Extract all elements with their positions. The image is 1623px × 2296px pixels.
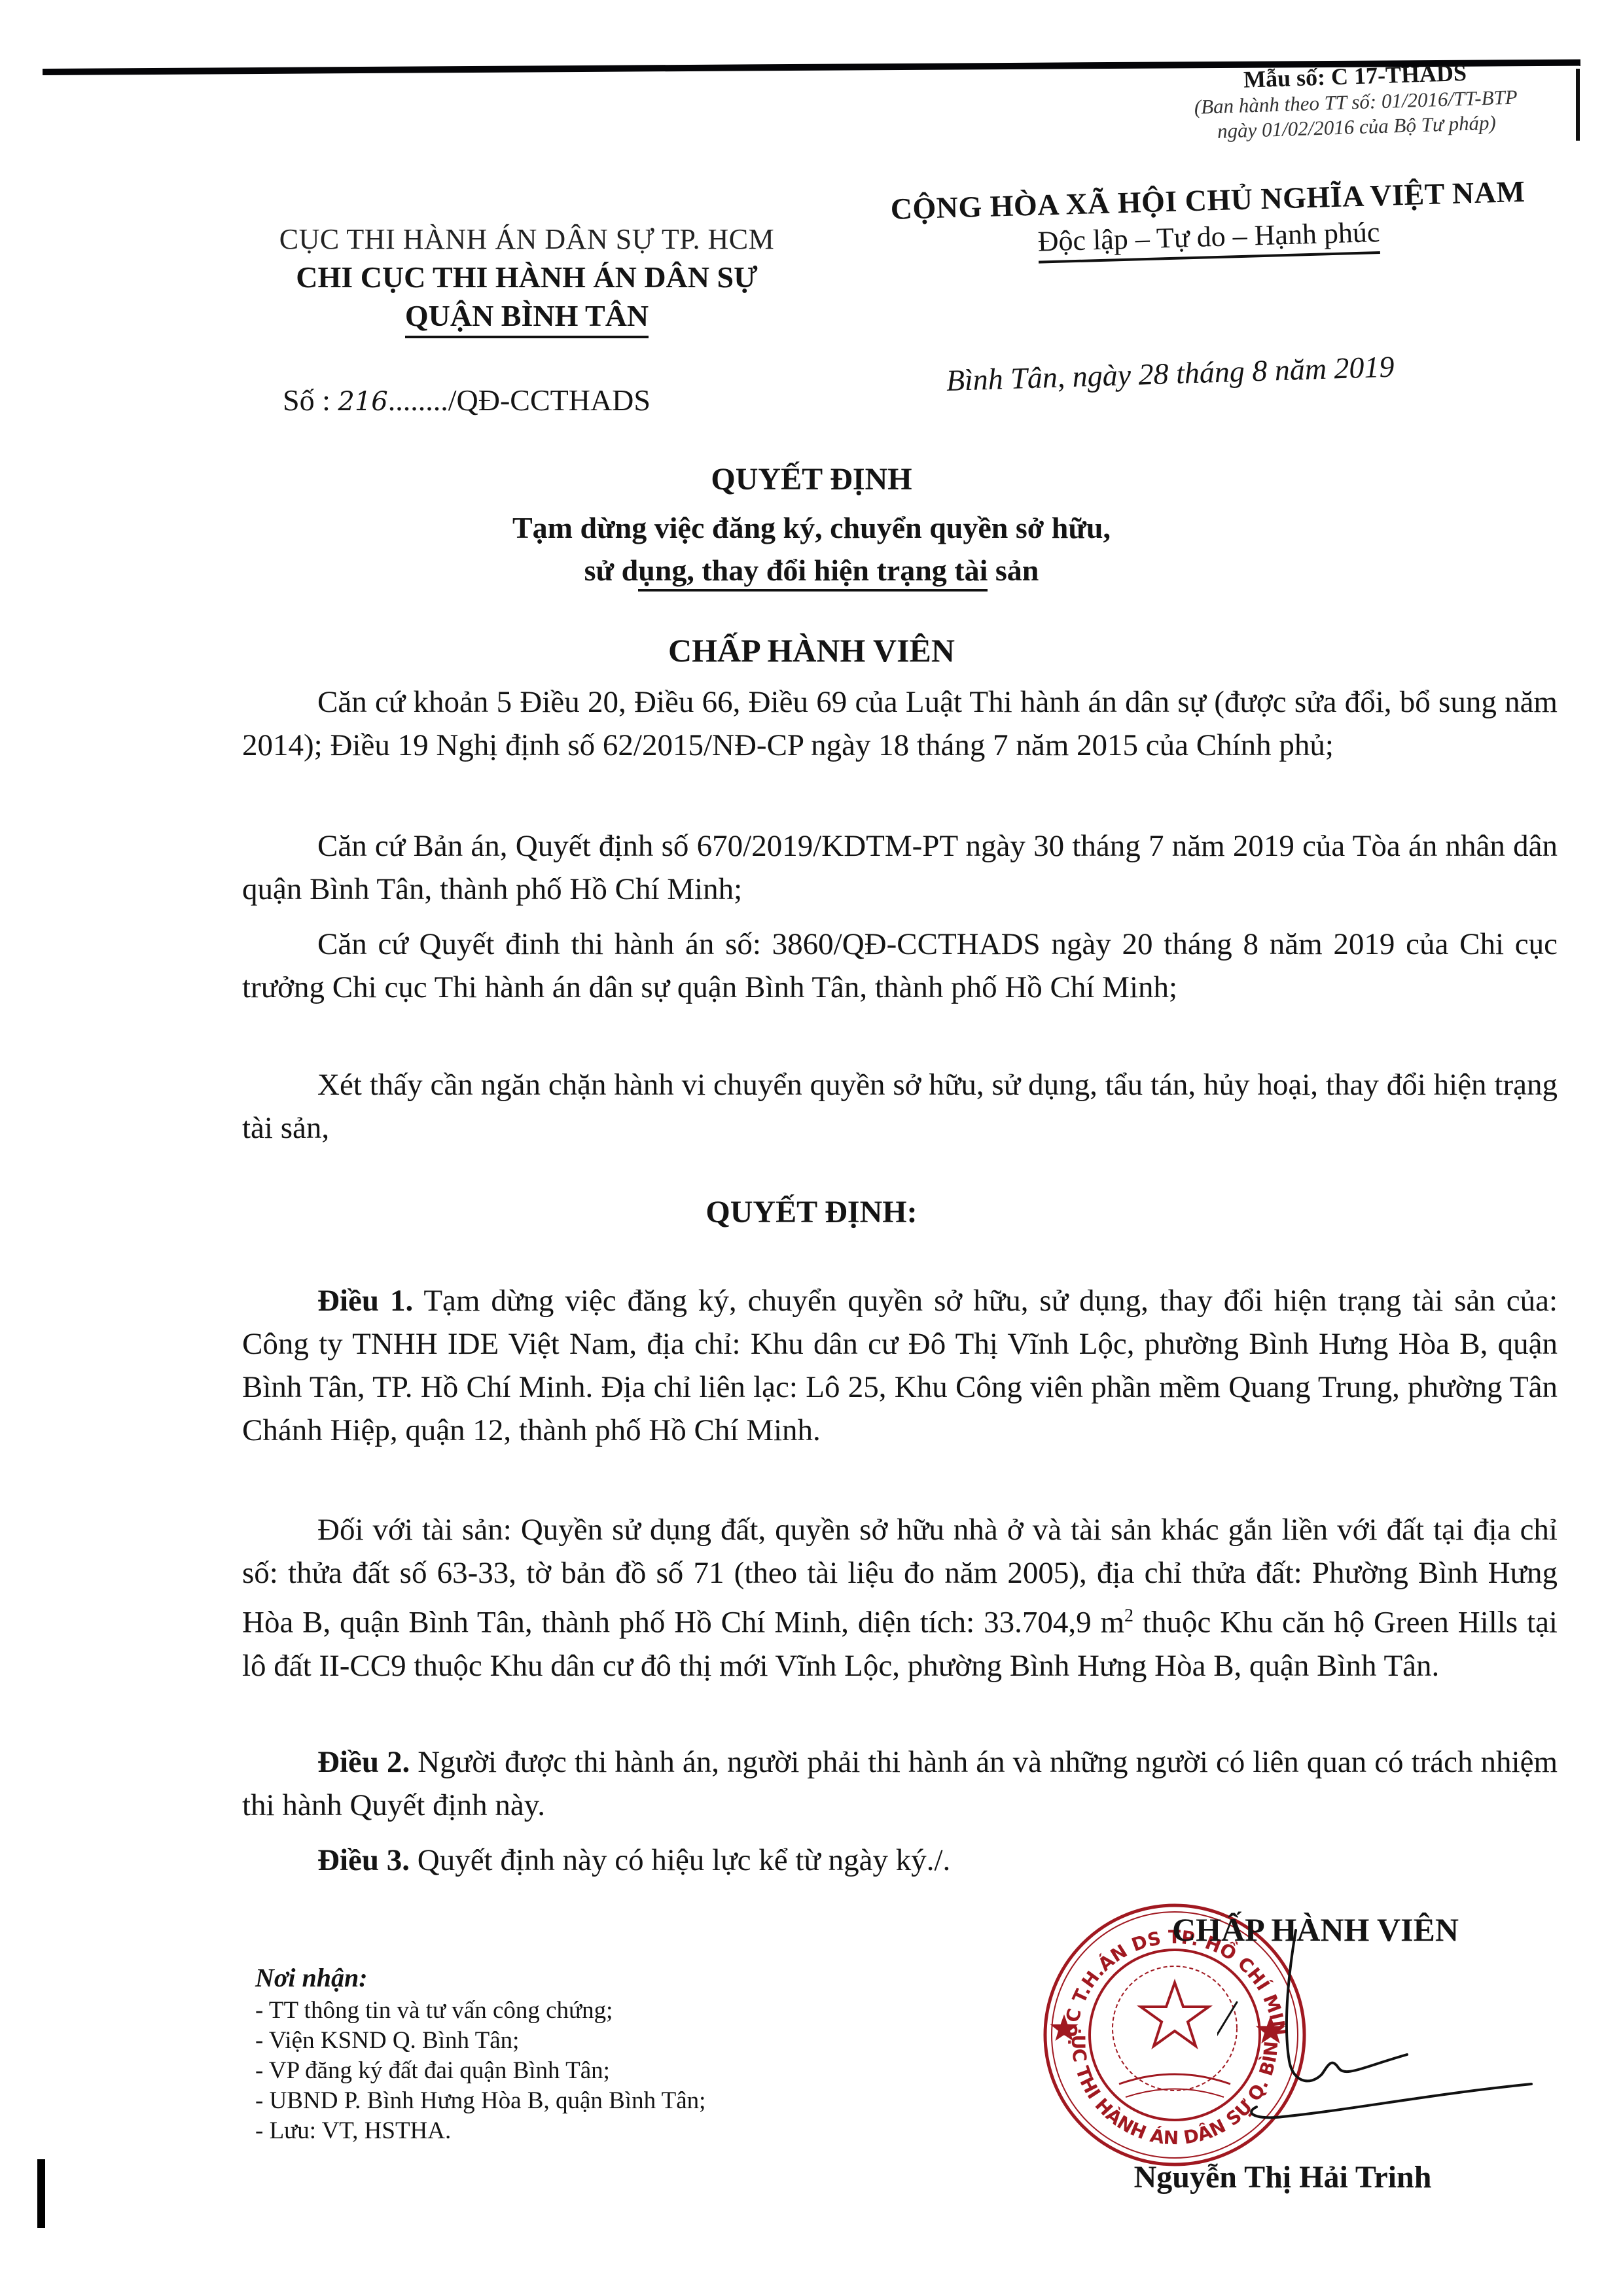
- decision-heading: QUYẾT ĐỊNH:: [0, 1194, 1623, 1230]
- subtitle-underlined: ụng, thay đổi hiện trạng tài: [638, 554, 988, 592]
- recipient-item: - Viện KSND Q. Bình Tân;: [255, 2026, 705, 2056]
- subtitle-part: sản: [988, 554, 1039, 587]
- article-2-text: Người được thi hành án, người phải thi h…: [242, 1745, 1558, 1822]
- article-3-label: Điều 3.: [317, 1843, 410, 1877]
- article-2-label: Điều 2.: [317, 1745, 410, 1779]
- article-3-text: Quyết định này có hiệu lực kể từ ngày ký…: [410, 1843, 950, 1877]
- national-motto: Độc lập – Tự do – Hạnh phúc: [1037, 215, 1380, 264]
- signer-name: Nguyễn Thị Hải Trinh: [1021, 2159, 1544, 2195]
- document-page: Mẫu số: C 17-THADS (Ban hành theo TT số:…: [0, 0, 1623, 2296]
- recipient-item: - Lưu: VT, HSTHA.: [255, 2116, 705, 2146]
- article-1-label: Điều 1.: [317, 1284, 413, 1318]
- legal-basis-3: Căn cứ Quyết đinh thi hành án số: 3860/Q…: [242, 923, 1558, 1009]
- recipient-item: - TT thông tin và tư vấn công chứng;: [255, 1996, 705, 2026]
- consideration: Xét thấy cần ngăn chặn hành vi chuyển qu…: [242, 1063, 1558, 1150]
- authority-heading: CHẤP HÀNH VIÊN: [0, 631, 1623, 669]
- recipients-block: Nơi nhận: - TT thông tin và tư vấn công …: [255, 1963, 705, 2146]
- scan-edge-right: [1576, 69, 1580, 141]
- recipient-item: - UBND P. Bình Hưng Hòa B, quận Bình Tân…: [255, 2086, 705, 2116]
- date-line: Bình Tân, ngày 28 tháng 8 năm 2019: [946, 349, 1395, 397]
- article-1: Điều 1. Tạm dừng việc đăng ký, chuyển qu…: [242, 1279, 1558, 1452]
- area-superscript: 2: [1124, 1606, 1133, 1626]
- recipient-item: - VP đăng ký đất đai quận Bình Tân;: [255, 2056, 705, 2086]
- signer-title: CHẤP HÀNH VIÊN: [1086, 1911, 1544, 1949]
- document-number: Số : 216......../QĐ-CCTHADS: [283, 383, 651, 417]
- doc-number-handwritten: 216: [338, 387, 387, 417]
- subtitle-part: sử d: [584, 554, 639, 587]
- legal-basis-1: Căn cứ khoản 5 Điều 20, Điều 66, Điều 69…: [242, 680, 1558, 767]
- article-3: Điều 3. Quyết định này có hiệu lực kể từ…: [242, 1839, 1558, 1882]
- document-title: QUYẾT ĐỊNH: [0, 461, 1623, 497]
- form-code-block: Mẫu số: C 17-THADS (Ban hành theo TT số:…: [1152, 56, 1560, 146]
- national-header: CỘNG HÒA XÃ HỘI CHỦ NGHĨA VIỆT NAM Độc l…: [841, 173, 1576, 269]
- doc-number-dots: ........: [388, 383, 448, 417]
- handwritten-signature-icon: [1217, 1917, 1544, 2127]
- doc-number-suffix: /QĐ-CCTHADS: [448, 383, 651, 417]
- agency-parent: CỤC THI HÀNH ÁN DÂN SỰ TP. HCM: [216, 222, 838, 256]
- scan-edge-left: [37, 2159, 45, 2228]
- article-2: Điều 2. Người được thi hành án, người ph…: [242, 1740, 1558, 1827]
- legal-basis-2: Căn cứ Bản án, Quyết định số 670/2019/KD…: [242, 824, 1558, 911]
- document-subtitle-line2: sử dụng, thay đổi hiện trạng tài sản: [0, 553, 1623, 588]
- agency-name: CHI CỤC THI HÀNH ÁN DÂN SỰ: [216, 260, 838, 294]
- agency-district: QUẬN BÌNH TÂN: [405, 298, 649, 338]
- doc-number-prefix: Số :: [283, 383, 338, 417]
- recipients-title: Nơi nhận:: [255, 1963, 705, 1993]
- article-1-text: Tạm dừng việc đăng ký, chuyển quyền sở h…: [242, 1284, 1558, 1447]
- agency-header: CỤC THI HÀNH ÁN DÂN SỰ TP. HCM CHI CỤC T…: [216, 222, 838, 338]
- asset-description: Đối với tài sản: Quyền sử dụng đất, quyề…: [242, 1508, 1558, 1687]
- document-subtitle-line1: Tạm dừng việc đăng ký, chuyển quyền sở h…: [0, 510, 1623, 545]
